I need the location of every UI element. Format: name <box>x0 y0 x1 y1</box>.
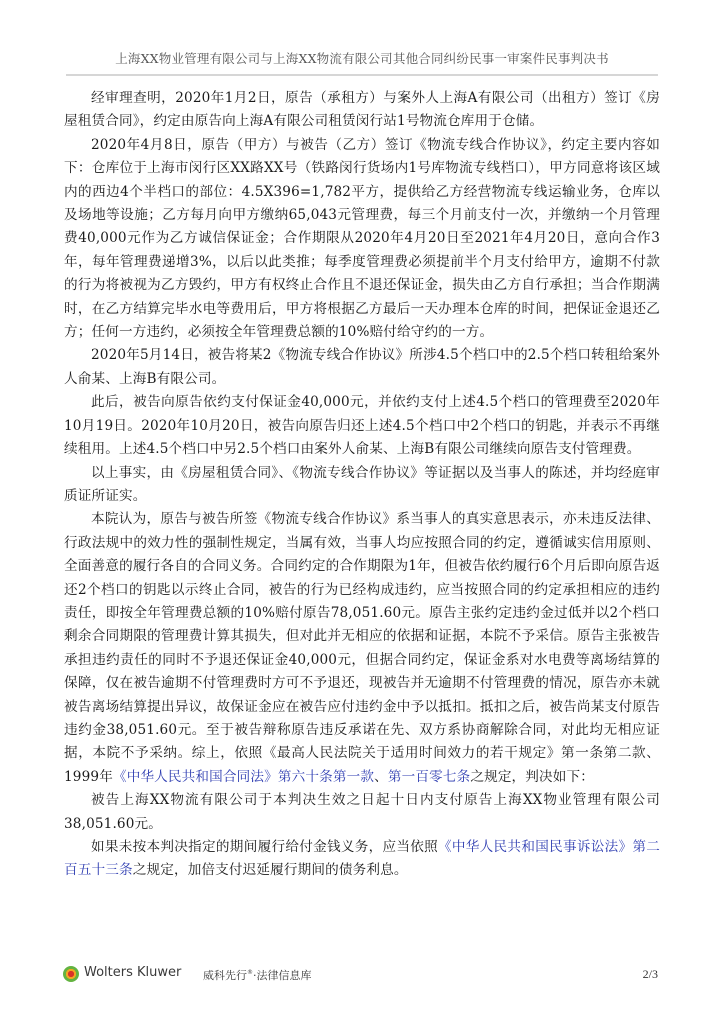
law-citation-link[interactable]: 第一百零七条 <box>388 769 470 785</box>
paragraph-text: 本院认为，原告与被告所签《物流专线合作协议》系当事人的真实意思表示，亦未违反法律… <box>64 511 660 784</box>
document-header-title: 上海XX物业管理有限公司与上海XX物流有限公司其他合同纠纷民事一审案件民事判决书 <box>66 49 658 67</box>
law-citation-link[interactable]: 《中华人民共和国民事诉讼法》 <box>438 839 632 855</box>
judgment-body: 经审理查明，2020年1月2日，原告（承租方）与案外人上海A有限公司（出租方）签… <box>64 87 660 883</box>
paragraph: 经审理查明，2020年1月2日，原告（承租方）与案外人上海A有限公司（出租方）签… <box>64 87 660 134</box>
page-number: 2/3 <box>643 967 658 982</box>
law-citation-link[interactable]: 《中华人民共和国合同法》 <box>113 769 278 785</box>
paragraph-text: 之规定，判决如下： <box>470 769 594 785</box>
paragraph-text: 经审理查明，2020年1月2日，原告（承租方）与案外人上海A有限公司（出租方）签… <box>64 90 660 129</box>
paragraph-text: 如果未按本判决指定的期间履行给付金钱义务，应当依照 <box>91 839 438 855</box>
wolters-kluwer-globe-icon <box>63 966 79 982</box>
header-divider <box>66 74 658 76</box>
paragraph: 此后，被告向原告依约支付保证金40,000元，并依约支付上述4.5个档口的管理费… <box>64 391 660 461</box>
paragraph: 2020年4月8日，原告（甲方）与被告（乙方）签订《物流专线合作协议》，约定主要… <box>64 134 660 345</box>
footer-brand: Wolters Kluwer <box>84 965 181 980</box>
paragraph: 被告上海XX物流有限公司于本判决生效之日起十日内支付原告上海XX物业管理有限公司… <box>64 789 660 836</box>
paragraph-text: 2020年5月14日，被告将某2《物流专线合作协议》所涉4.5个档口中的2.5个… <box>64 347 660 386</box>
paragraph: 2020年5月14日，被告将某2《物流专线合作协议》所涉4.5个档口中的2.5个… <box>64 344 660 391</box>
paragraph-text: 以上事实，由《房屋租赁合同》、《物流专线合作协议》等证据以及当事人的陈述，并均经… <box>64 465 660 504</box>
paragraph: 本院认为，原告与被告所签《物流专线合作协议》系当事人的真实意思表示，亦未违反法律… <box>64 508 660 789</box>
paragraph-text: 、 <box>374 769 388 785</box>
page-footer: Wolters Kluwer 威科先行®·法律信息库 2/3 <box>63 964 658 988</box>
paragraph-text: 此后，被告向原告依约支付保证金40,000元，并依约支付上述4.5个档口的管理费… <box>64 394 660 457</box>
brand-cn-suffix: ·法律信息库 <box>253 969 312 982</box>
paragraph-text: 被告上海XX物流有限公司于本判决生效之日起十日内支付原告上海XX物业管理有限公司… <box>64 792 660 831</box>
brand-cn-name: 威科先行 <box>203 969 247 982</box>
paragraph-text: 之规定，加倍支付迟延履行期间的债务利息。 <box>133 862 408 878</box>
law-citation-link[interactable]: 第六十条第一款 <box>278 769 374 785</box>
footer-brand-cn: 威科先行®·法律信息库 <box>203 967 312 983</box>
paragraph: 如果未按本判决指定的期间履行给付金钱义务，应当依照《中华人民共和国民事诉讼法》第… <box>64 836 660 883</box>
paragraph: 以上事实，由《房屋租赁合同》、《物流专线合作协议》等证据以及当事人的陈述，并均经… <box>64 462 660 509</box>
paragraph-text: 2020年4月8日，原告（甲方）与被告（乙方）签订《物流专线合作协议》，约定主要… <box>64 137 660 340</box>
